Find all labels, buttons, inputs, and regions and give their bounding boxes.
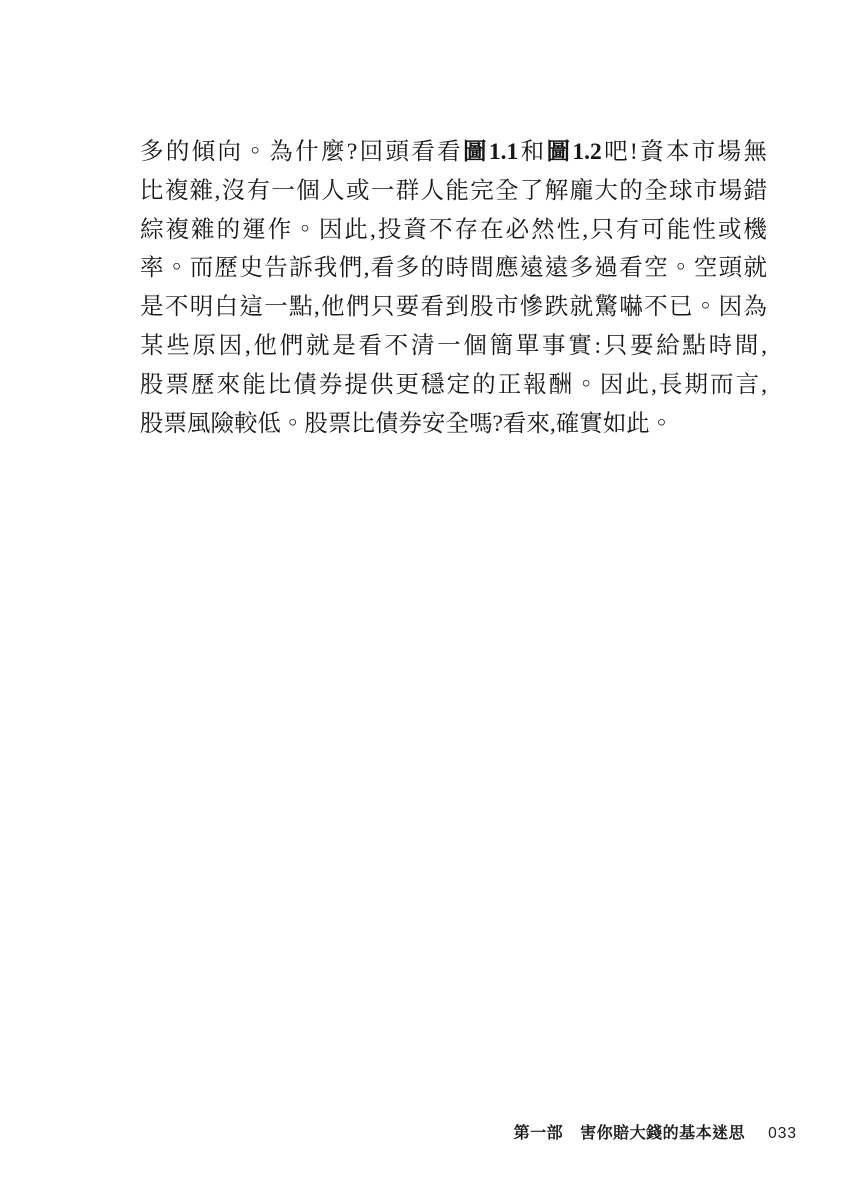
text-segment: 是不明白這一點,他們只要看到股市慘跌就驚嚇不已。因為 (140, 294, 767, 320)
page-number: 033 (768, 1125, 797, 1143)
text-line: 綜複雜的運作。因此,投資不存在必然性,只有可能性或機 (140, 211, 767, 250)
paragraph: 多的傾向。為什麼?回頭看看圖1.1和圖1.2吧!資本市場無比複雜,沒有一個人或一… (140, 133, 767, 443)
text-segment: 率。而歷史告訴我們,看多的時間應遠遠多過看空。空頭就 (140, 255, 767, 281)
text-segment: 綜複雜的運作。因此,投資不存在必然性,只有可能性或機 (140, 217, 767, 243)
book-page: 多的傾向。為什麼?回頭看看圖1.1和圖1.2吧!資本市場無比複雜,沒有一個人或一… (0, 0, 845, 1200)
figure-reference: 圖1.1 (463, 139, 518, 165)
text-line: 比複雜,沒有一個人或一群人能完全了解龐大的全球市場錯 (140, 172, 767, 211)
text-line: 是不明白這一點,他們只要看到股市慘跌就驚嚇不已。因為 (140, 288, 767, 327)
text-line: 股票風險較低。股票比債券安全嗎?看來,確實如此。 (140, 405, 767, 444)
text-segment: 多的傾向。為什麼?回頭看看 (140, 139, 463, 165)
text-segment: 某些原因,他們就是看不清一個簡單事實:只要給點時間, (140, 333, 767, 359)
footer-section-title: 害你賠大錢的基本迷思 (580, 1120, 745, 1143)
text-segment: 股票歷來能比債券提供更穩定的正報酬。因此,長期而言, (140, 372, 767, 398)
text-segment: 吧!資本市場無 (602, 139, 767, 165)
figure-reference: 圖1.2 (546, 139, 601, 165)
footer-part-label: 第一部 (514, 1120, 564, 1143)
text-line: 某些原因,他們就是看不清一個簡單事實:只要給點時間, (140, 327, 767, 366)
text-line: 多的傾向。為什麼?回頭看看圖1.1和圖1.2吧!資本市場無 (140, 133, 767, 172)
text-segment: 比複雜,沒有一個人或一群人能完全了解龐大的全球市場錯 (140, 178, 767, 204)
text-line: 股票歷來能比債券提供更穩定的正報酬。因此,長期而言, (140, 366, 767, 405)
page-footer: 第一部 害你賠大錢的基本迷思 033 (514, 1120, 797, 1143)
text-line: 率。而歷史告訴我們,看多的時間應遠遠多過看空。空頭就 (140, 249, 767, 288)
text-segment: 和 (518, 139, 546, 165)
text-segment: 股票風險較低。股票比債券安全嗎?看來,確實如此。 (140, 411, 673, 437)
